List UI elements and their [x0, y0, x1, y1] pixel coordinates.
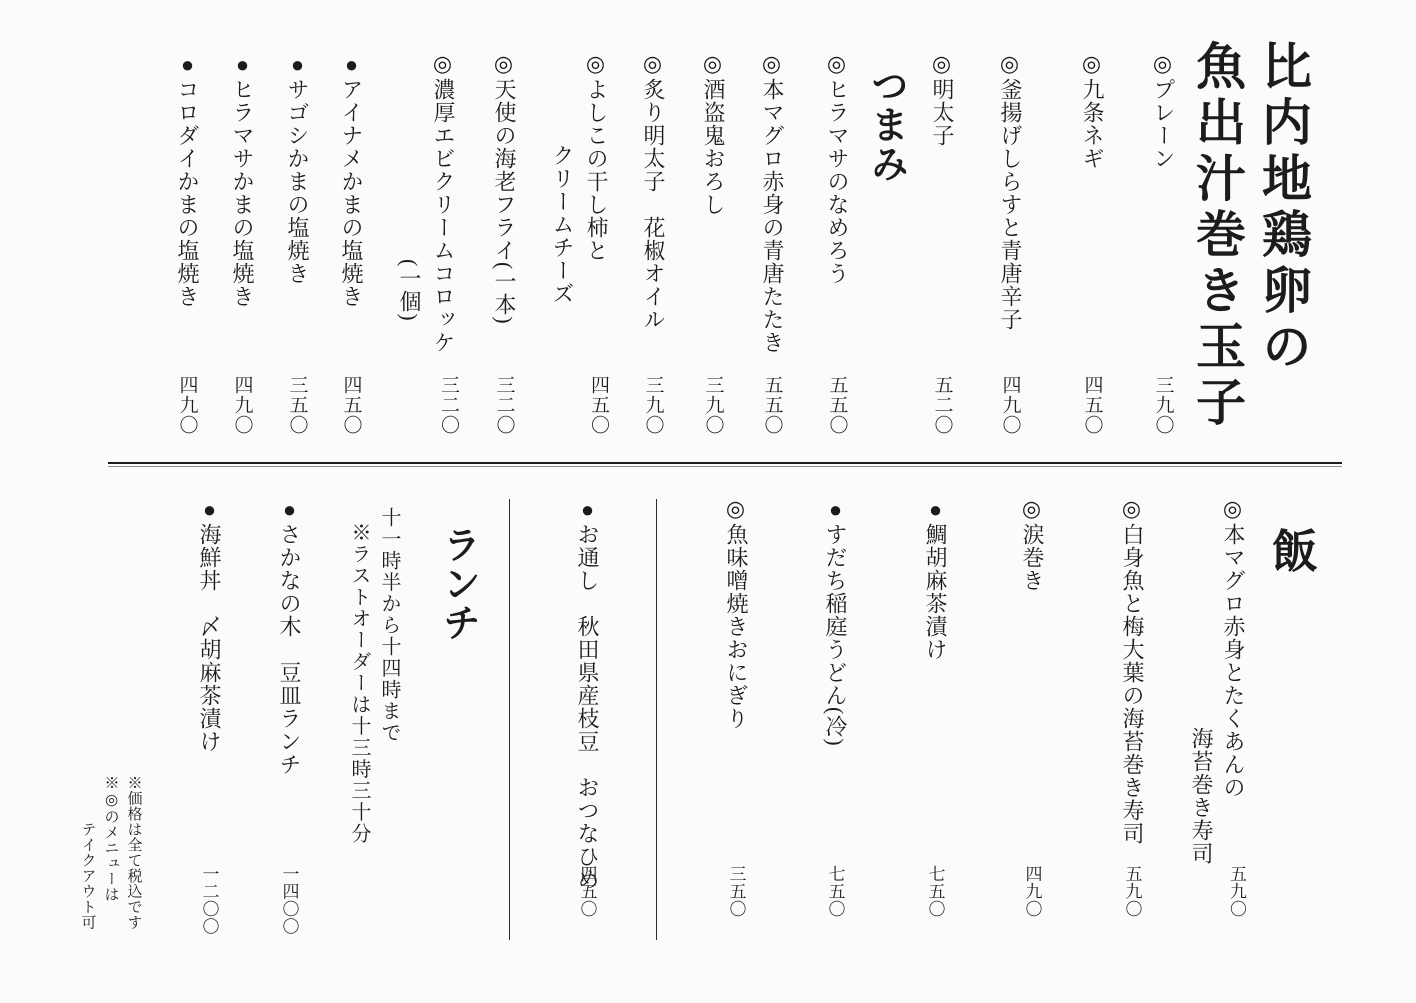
item-name: ◎魚味噌焼きおにぎり: [719, 497, 753, 730]
item-name: ◎よしこの干し柿と クリームチーズ: [545, 52, 613, 305]
section-header-text: 飯: [1258, 527, 1324, 574]
footnotes-text: ※価格は全て税込です ※◎のメニューは テイクアウト可: [76, 775, 145, 930]
item-name: ●コロダイかまの塩焼き: [170, 52, 204, 308]
item-sudachi-inaniwa-udon: ●すだち稲庭うどん(冷) 七五〇: [813, 497, 857, 942]
item-price: 四九〇: [174, 375, 201, 435]
item-kaisen-don: ●海鮮丼 〆胡麻茶漬け 一二〇〇: [187, 497, 231, 942]
item-price: 五五〇: [759, 375, 786, 435]
item-name: ◎プレーン: [1146, 52, 1180, 170]
vertical-divider-right: [656, 499, 657, 940]
section-header-meshi: 飯: [1261, 497, 1321, 942]
item-name: ●鯛胡麻茶漬け: [918, 497, 952, 661]
item-price: 三二〇: [491, 375, 518, 435]
item-name: ◎九条ネギ: [1075, 52, 1109, 170]
item-price: 四五〇: [575, 865, 600, 918]
section-header-text: ランチ: [431, 525, 486, 642]
lunch-last-order-text: ※ラストオーダーは十三時三十分: [344, 522, 374, 845]
item-price: 一四〇〇: [277, 865, 302, 935]
item-kujo-negi: ◎九条ネギ 四五〇: [1070, 40, 1114, 445]
item-name: ●さかなの木 豆皿ランチ: [272, 497, 306, 776]
top-section: 比内地鶏卵の 魚出汁巻き玉子 ◎プレーン 三九〇 ◎九条ネギ 四五〇 ◎釜揚げし…: [0, 40, 1416, 445]
vertical-divider-left: [509, 499, 510, 940]
menu-title-text: 比内地鶏卵の 魚出汁巻き玉子: [1184, 40, 1316, 432]
item-plain: ◎プレーン 三九〇: [1141, 40, 1185, 445]
item-maguro-takuan-norimaki: ◎本マグロ赤身とたくあんの 海苔巻き寿司 五九〇: [1182, 497, 1252, 942]
item-kamaage-shirasu: ◎釜揚げしらすと青唐辛子 四九〇: [988, 40, 1032, 445]
item-price: 七五〇: [823, 865, 848, 918]
item-price: 五五〇: [824, 375, 851, 435]
item-name: ◎酒盗鬼おろし: [696, 52, 730, 216]
menu-page: 比内地鶏卵の 魚出汁巻き玉子 ◎プレーン 三九〇 ◎九条ネギ 四五〇 ◎釜揚げし…: [0, 0, 1416, 1003]
menu-title: 比内地鶏卵の 魚出汁巻き玉子: [1180, 40, 1320, 445]
item-name: ◎明太子: [925, 52, 959, 147]
item-price: 四五〇: [338, 375, 365, 435]
item-name: ●サゴシかまの塩焼き: [280, 52, 314, 285]
footnotes: ※価格は全て税込です ※◎のメニューは テイクアウト可: [72, 497, 148, 942]
item-price: 四五〇: [1079, 375, 1106, 435]
item-price: 四九〇: [997, 375, 1024, 435]
section-header-tsumami: つまみ: [858, 40, 914, 445]
section-header-text: つまみ: [859, 66, 914, 183]
item-price: 五九〇: [1224, 865, 1249, 918]
item-namida-maki: ◎涙巻き 四九〇: [1010, 497, 1054, 942]
lunch-hours-text: 十一時半から十四時まで: [374, 507, 404, 744]
item-tenshi-ebi-fry: ◎天使の海老フライ(一本) 三二〇: [482, 40, 526, 445]
item-hiramasa-kama-shioyaki: ●ヒラマサかまの塩焼き 四九〇: [220, 40, 264, 445]
item-ainame-kama-shioyaki: ●アイナメかまの塩焼き 四五〇: [329, 40, 373, 445]
item-price: 一二〇〇: [197, 865, 222, 935]
item-price: 七五〇: [923, 865, 948, 918]
item-sagoshi-kama-shioyaki: ●サゴシかまの塩焼き 三五〇: [275, 40, 319, 445]
item-tai-goma-chazuke: ●鯛胡麻茶漬け 七五〇: [913, 497, 957, 942]
item-name: ◎ヒラマサのなめろう: [820, 52, 854, 285]
item-name: ◎涙巻き: [1015, 497, 1049, 592]
item-price: 四九〇: [1020, 865, 1045, 918]
item-name: ◎本マグロ赤身の青唐たたき: [755, 52, 789, 354]
horizontal-divider: [108, 462, 1342, 467]
item-name: ●お通し 秋田県産枝豆 おつなひめ: [570, 497, 604, 891]
item-shuto-oni-oroshi: ◎酒盗鬼おろし 三九〇: [691, 40, 735, 445]
item-mentaiko: ◎明太子 五二〇: [920, 40, 964, 445]
bottom-section: 飯 ◎本マグロ赤身とたくあんの 海苔巻き寿司 五九〇 ◎白身魚と梅大葉の海苔巻き…: [0, 497, 1416, 942]
item-price: 四五〇: [585, 375, 612, 435]
item-ebi-cream-croquette: ◎濃厚エビクリームコロッケ (一個) 三二〇: [387, 40, 465, 445]
item-price: 三五〇: [724, 865, 749, 918]
item-name: ◎天使の海老フライ(一本): [487, 52, 521, 325]
item-price: 四九〇: [229, 375, 256, 435]
item-name: ●海鮮丼 〆胡麻茶漬け: [192, 497, 226, 753]
item-price: 三九〇: [640, 375, 667, 435]
item-name: ◎濃厚エビクリームコロッケ (一個): [392, 52, 460, 354]
item-aburi-mentaiko: ◎炙り明太子 花椒オイル 三九〇: [631, 40, 675, 445]
item-sakana-mamezara-lunch: ●さかなの木 豆皿ランチ 一四〇〇: [267, 497, 311, 942]
item-uomiso-yaki-onigiri: ◎魚味噌焼きおにぎり 三五〇: [714, 497, 758, 942]
item-otoshi-edamame: ●お通し 秋田県産枝豆 おつなひめ 四五〇: [565, 497, 609, 942]
item-hiramasa-namerou: ◎ヒラマサのなめろう 五五〇: [815, 40, 859, 445]
item-maguro-aotou-tataki: ◎本マグロ赤身の青唐たたき 五五〇: [750, 40, 794, 445]
item-price: 三五〇: [284, 375, 311, 435]
item-name: ◎白身魚と梅大葉の海苔巻き寿司: [1115, 497, 1149, 845]
section-header-lunch: ランチ: [430, 497, 486, 942]
item-price: 五二〇: [929, 375, 956, 435]
item-price: 三九〇: [1150, 375, 1177, 435]
item-korodai-kama-shioyaki: ●コロダイかまの塩焼き 四九〇: [165, 40, 209, 445]
item-name: ◎本マグロ赤身とたくあんの 海苔巻き寿司: [1185, 497, 1249, 865]
item-name: ◎釜揚げしらすと青唐辛子: [993, 52, 1027, 331]
lunch-last-order: ※ラストオーダーは十三時三十分: [341, 497, 377, 942]
item-name: ●ヒラマサかまの塩焼き: [225, 52, 259, 308]
item-price: 五九〇: [1120, 865, 1145, 918]
item-price: 三九〇: [700, 375, 727, 435]
item-name: ◎炙り明太子 花椒オイル: [636, 52, 670, 331]
item-name: ●アイナメかまの塩焼き: [334, 52, 368, 308]
item-shiromi-ume-norimaki: ◎白身魚と梅大葉の海苔巻き寿司 五九〇: [1110, 497, 1154, 942]
item-name: ●すだち稲庭うどん(冷): [818, 497, 852, 747]
item-price: 三二〇: [435, 375, 462, 435]
item-yoshiko-hoshigaki-cream-cheese: ◎よしこの干し柿と クリームチーズ 四五〇: [543, 40, 615, 445]
